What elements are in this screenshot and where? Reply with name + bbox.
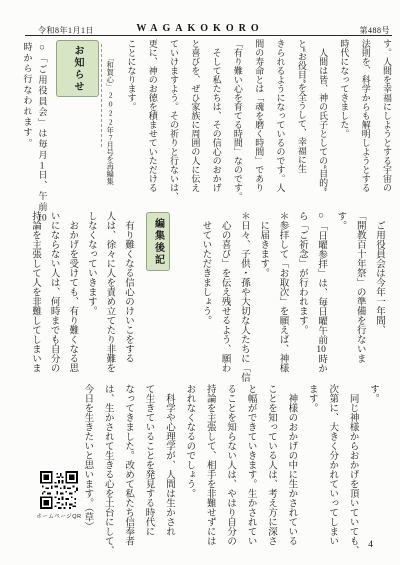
notice-body-column: 心の喜び」を伝え残せるよう、願わ <box>214 211 233 383</box>
editorial-column: 次第に、大きく分かれていってしまい <box>322 384 342 556</box>
article-column: 間の寿命とは「魂を磨く時間」であり <box>248 39 269 203</box>
editorial-column: いにならない人は、何時までも自分の <box>44 211 63 377</box>
editorial-column: 神様のおかげの中に生かされている <box>281 384 301 556</box>
editorial-column: す。 <box>363 384 383 556</box>
notice-body-column: に届きます。 <box>253 211 272 383</box>
editorial-column: 科学や心理学が、人間は生かされ <box>159 384 179 556</box>
editorial-column: おれなくなるのでしょう。 <box>179 384 199 556</box>
main-article: す。人間を幸福にしようとする宇宙の 法則を、科学からも解明しようとする 時代にな… <box>100 39 397 203</box>
notice-body-column: す。 <box>330 211 349 383</box>
article-column: 更に、神のお徳を積ませていただける <box>141 39 162 203</box>
newsletter-title: WAGAKOKORO <box>0 23 400 34</box>
editorial-column: 今日を生きたいと思います。（草） <box>77 384 97 556</box>
notice-label-box: お知らせ <box>56 40 99 97</box>
notice-body-column: ら「ご祈念」が行われます。 <box>292 211 311 383</box>
editorial-column: 持論を主張して、相手を非難せずには <box>199 384 219 556</box>
editorial-column: は、生かされて生きる心を土台にして、 <box>97 384 117 556</box>
editorial-column: ことを知っている人は、考え方に深さ <box>261 384 281 556</box>
article-column: 時代になってきました。 <box>333 39 354 203</box>
qr-code <box>40 471 78 509</box>
editorial-column: 有り難くなる信心のけいこをする <box>118 211 137 377</box>
editorial-column: ることを知らない人は、やはり自分の <box>220 384 240 556</box>
notice-body-column: 「開教百十年祭」の準備を行ないま <box>349 211 368 383</box>
editorial-column: しなくなっていきます。 <box>81 211 100 377</box>
editorial-column: 持論を主張して人を非難してしまいま <box>25 211 44 377</box>
notice-body-column: ＊日々、子供・孫や大切な人たちに「信 <box>234 211 253 383</box>
article-column: そして私たちは、その信心のおかげ <box>205 39 226 203</box>
article-column: す。人間を幸福にしようとする宇宙の <box>376 39 397 203</box>
editorial-column: 同じ神様からおかげを頂いていても、 <box>342 384 362 556</box>
notice-body-column: ＊参拝して「お取次」を願えば、神様 <box>272 211 291 383</box>
editorial-label: 編集後記 <box>151 218 166 266</box>
page-number: 4 <box>368 540 373 550</box>
article-column: と“お役目”を全うして、幸福に生 <box>291 39 312 203</box>
editorial-label-box: 編集後記 <box>146 212 170 271</box>
editorial-column: て生きていることを発見する時代に <box>138 384 158 556</box>
article-column: ことになります。 <box>120 39 141 203</box>
article-column: きられるようになっているのです。人 <box>269 39 290 203</box>
notice-label: お知らせ <box>70 45 85 93</box>
editorial-lower: す。 同じ神様からおかげを頂いていても、 次第に、大きく分かれていってしまい ま… <box>77 384 383 556</box>
editorial-column: おかげを受けても、有り難くなる思 <box>63 211 82 377</box>
notice-section-divider <box>101 44 102 147</box>
notice-body: ご用役員会は今年一年間、 「開教百十年祭」の準備を行ないま す。 ○「日曜参拝」… <box>195 211 388 383</box>
article-column: と喜びを、ぜひ家族に周囲の人に伝え <box>184 39 205 203</box>
notice-body-column: ご用役員会は今年一年間、 <box>369 211 388 383</box>
editorial-column: ます。 <box>301 384 321 556</box>
article-column: 法則を、科学からも解明しようとする <box>354 39 375 203</box>
header-rule <box>25 35 392 36</box>
article-column: ていけますよう。その祈りと行ないは、 <box>163 39 184 203</box>
notice-body-column: せていただきましょう。 <box>195 211 214 383</box>
newsletter-page: 令和8年1月1日 WAGAKOKORO 第488号 す。人間を幸福にしようとする… <box>0 0 400 565</box>
article-column: 人間は皆、神の氏子としての“目的” <box>312 39 333 203</box>
notice-body-column: ○「日曜参拝」は、毎日曜午前10時か <box>311 211 330 383</box>
article-citation: 「和賀心」2022年7月号を再編集 <box>100 39 120 203</box>
editorial-column: なってきました。改めて私たち信奉者 <box>118 384 138 556</box>
editorial-upper: 有り難くなる信心のけいこをする 人は、徐々に人を責め立てたり非難を しなくなって… <box>25 211 137 377</box>
qr-label: ホームページQR <box>26 512 92 520</box>
editorial-column: と幅ができていきます。生かされてい <box>240 384 260 556</box>
article-column: 「有り難い心を育てる時間」なのです。 <box>227 39 248 203</box>
editorial-column: 人は、徐々に人を責め立てたり非難を <box>100 211 119 377</box>
